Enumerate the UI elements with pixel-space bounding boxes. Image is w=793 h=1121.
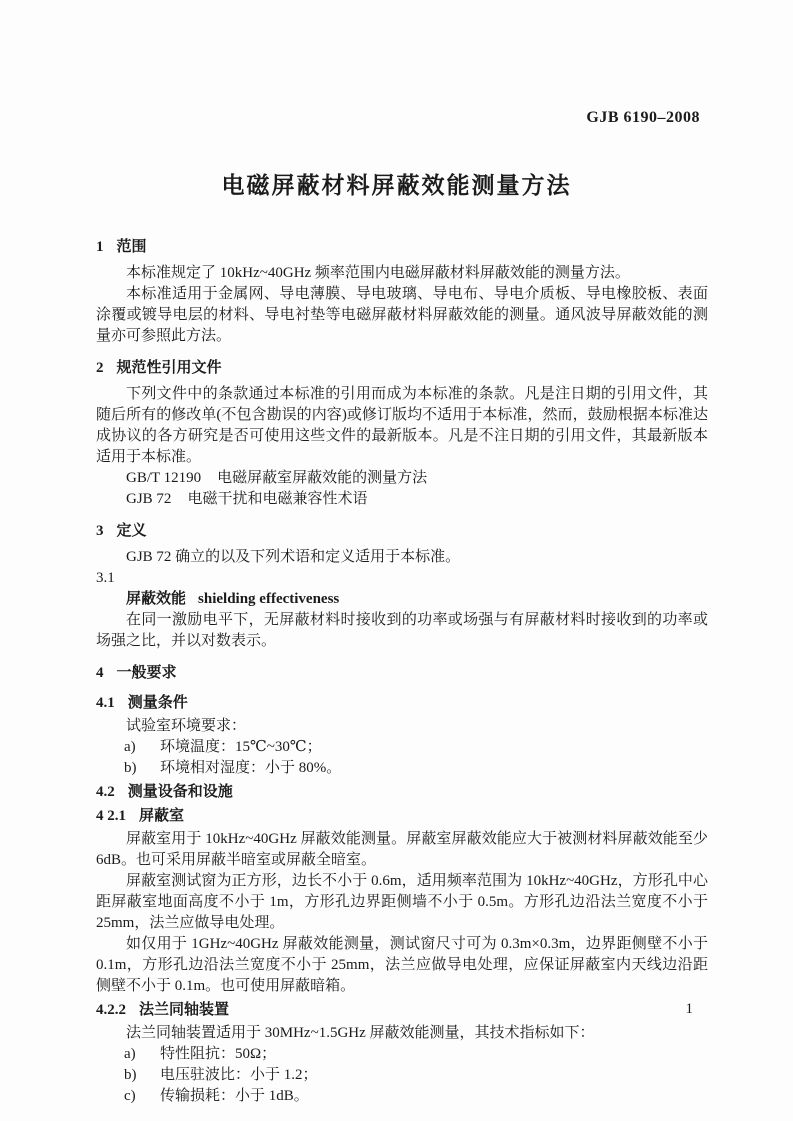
section-heading-4-2: 4.2测量设备和设施 [96, 782, 708, 803]
section-heading-4-2-1: 4 2.1屏蔽室 [96, 806, 708, 827]
list-item: b) 环境相对湿度：小于 80%。 [96, 758, 708, 779]
reference-item: GJB 72电磁干扰和电磁兼容性术语 [96, 489, 708, 510]
shielded-room-paragraph-2: 屏蔽室测试窗为正方形，边长不小于 0.6m，适用频率范围为 10kHz~40GH… [96, 871, 708, 934]
section-name: 法兰同轴装置 [139, 1002, 229, 1018]
list-item-text: 环境温度：15℃~30℃； [160, 737, 708, 758]
section-name: 范围 [117, 239, 147, 255]
list-item-text: 环境相对湿度：小于 80%。 [160, 758, 708, 779]
section-number: 4.2.2 [96, 1002, 126, 1018]
list-item: b) 电压驻波比：小于 1.2； [96, 1065, 708, 1086]
section-number: 4.1 [96, 695, 115, 711]
section-heading-definitions: 3定义 [96, 521, 708, 542]
section-name: 屏蔽室 [139, 808, 184, 824]
list-item-text: 特性阻抗：50Ω； [160, 1044, 708, 1065]
reference-code: GJB 72 [126, 491, 171, 507]
section-heading-4-2-2: 4.2.2法兰同轴装置 [96, 1000, 708, 1021]
section-name: 测量设备和设施 [128, 784, 233, 800]
list-item-label: b) [124, 1065, 160, 1086]
section-name: 定义 [117, 523, 147, 539]
section-name: 规范性引用文件 [117, 360, 222, 376]
section-heading-scope: 1范围 [96, 237, 708, 258]
reference-item: GB/T 12190电磁屏蔽室屏蔽效能的测量方法 [96, 468, 708, 489]
shielded-room-paragraph-3: 如仅用于 1GHz~40GHz 屏蔽效能测量，测试窗尺寸可为 0.3m×0.3m… [96, 934, 708, 997]
document-page: GJB 6190–2008 电磁屏蔽材料屏蔽效能测量方法 1范围 本标准规定了 … [0, 0, 793, 1121]
section-heading-references: 2规范性引用文件 [96, 358, 708, 379]
list-item: a) 特性阻抗：50Ω； [96, 1044, 708, 1065]
list-item-text: 电压驻波比：小于 1.2； [160, 1065, 708, 1086]
doc-number: GJB 6190–2008 [586, 109, 700, 127]
section-number: 1 [96, 239, 104, 255]
section-name: 测量条件 [128, 695, 188, 711]
page-number: 1 [686, 1001, 694, 1018]
term-chinese: 屏蔽效能 [126, 591, 186, 607]
definition-sub-number: 3.1 [96, 568, 708, 589]
references-paragraph: 下列文件中的条款通过本标准的引用而成为本标准的条款。凡是注日期的引用文件，其随后… [96, 384, 708, 468]
list-item-label: a) [124, 1044, 160, 1065]
section-number: 4.2 [96, 784, 115, 800]
list-item-label: a) [124, 737, 160, 758]
term-english: shielding effectiveness [198, 591, 339, 607]
definition-term: 屏蔽效能shielding effectiveness [96, 589, 708, 610]
list-item-label: c) [124, 1086, 160, 1107]
measurement-conditions-intro: 试验室环境要求： [96, 716, 708, 737]
list-item: a) 环境温度：15℃~30℃； [96, 737, 708, 758]
shielded-room-paragraph-1: 屏蔽室用于 10kHz~40GHz 屏蔽效能测量。屏蔽室屏蔽效能应大于被测材料屏… [96, 829, 708, 871]
section-heading-general: 4一般要求 [96, 663, 708, 684]
document-title: 电磁屏蔽材料屏蔽效能测量方法 [0, 167, 793, 200]
definition-text: 在同一激励电平下，无屏蔽材料时接收到的功率或场强与有屏蔽材料时接收到的功率或场强… [96, 610, 708, 652]
list-item-text: 传输损耗：小于 1dB。 [160, 1086, 708, 1107]
section-heading-4-1: 4.1测量条件 [96, 693, 708, 714]
list-item-label: b) [124, 758, 160, 779]
scope-paragraph-2: 本标准适用于金属网、导电薄膜、导电玻璃、导电布、导电介质板、导电橡胶板、表面涂覆… [96, 284, 708, 347]
section-number: 3 [96, 523, 104, 539]
section-name: 一般要求 [117, 665, 177, 681]
section-number: 4 2.1 [96, 808, 126, 824]
definitions-paragraph: GJB 72 确立的以及下列术语和定义适用于本标准。 [96, 547, 708, 568]
section-number: 2 [96, 360, 104, 376]
reference-title: 电磁干扰和电磁兼容性术语 [187, 491, 367, 507]
section-number: 4 [96, 665, 104, 681]
list-item: c) 传输损耗：小于 1dB。 [96, 1086, 708, 1107]
scope-paragraph-1: 本标准规定了 10kHz~40GHz 频率范围内电磁屏蔽材料屏蔽效能的测量方法。 [96, 263, 708, 284]
reference-title: 电磁屏蔽室屏蔽效能的测量方法 [217, 470, 427, 486]
document-body: 1范围 本标准规定了 10kHz~40GHz 频率范围内电磁屏蔽材料屏蔽效能的测… [96, 237, 708, 1107]
flange-coaxial-intro: 法兰同轴装置适用于 30MHz~1.5GHz 屏蔽效能测量，其技术指标如下： [96, 1023, 708, 1044]
reference-code: GB/T 12190 [126, 470, 201, 486]
